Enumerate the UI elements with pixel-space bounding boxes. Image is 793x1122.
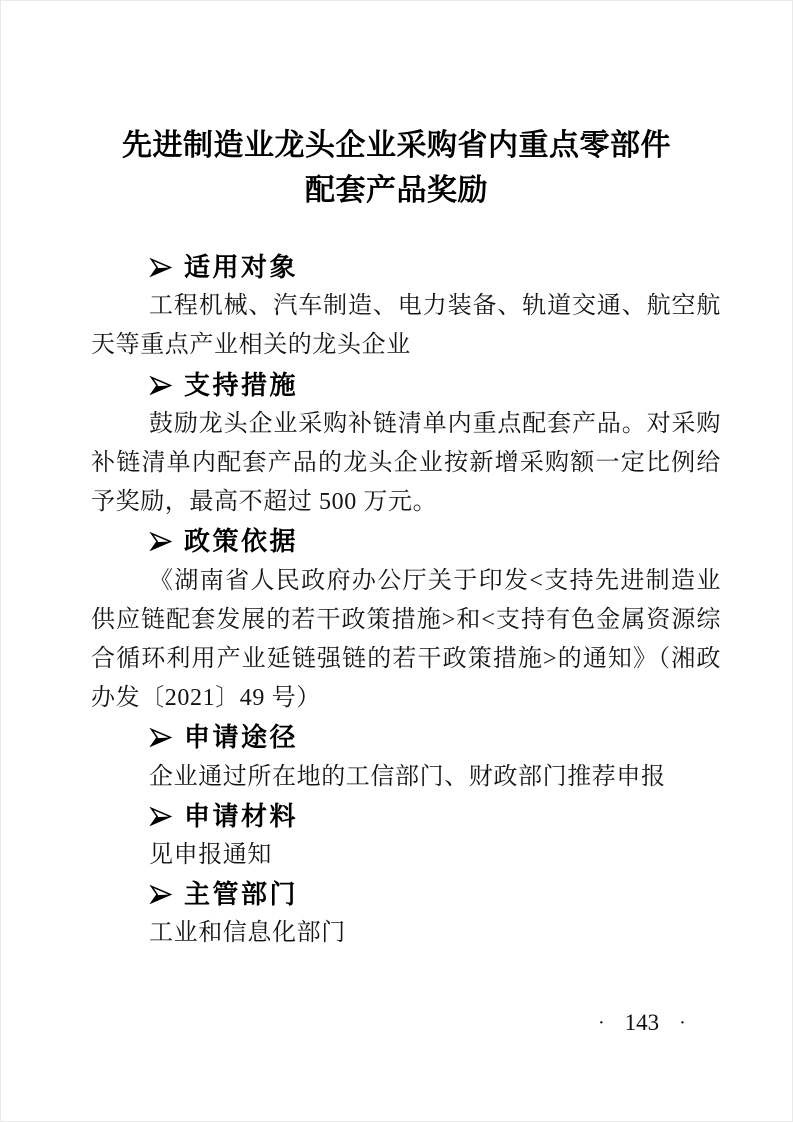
section-responsible-department: 主管部门 工业和信息化部门 [91, 875, 721, 953]
section-heading-label: 适用对象 [184, 252, 298, 282]
section-applicable-targets: 适用对象 工程机械、汽车制造、电力装备、轨道交通、航空航天等重点产业相关的龙头企… [91, 248, 721, 366]
page-number-value: 143 [625, 1010, 660, 1036]
section-body: 见申报通知 [91, 836, 721, 875]
page-title: 先进制造业龙头企业采购省内重点零部件 配套产品奖励 [1, 123, 792, 213]
page-number-left-dot: · [598, 1010, 605, 1036]
arrow-bullet-icon [149, 885, 172, 904]
section-heading-label: 支持措施 [184, 370, 298, 400]
section-paragraph: 企业通过所在地的工信部门、财政部门推荐申报 [91, 758, 721, 797]
section-policy-basis: 政策依据 《湖南省人民政府办公厅关于印发<支持先进制造业供应链配套发展的若干政策… [91, 522, 721, 718]
page-number: · 143 · [598, 1010, 686, 1036]
section-heading: 政策依据 [91, 522, 721, 561]
document-content: 适用对象 工程机械、汽车制造、电力装备、轨道交通、航空航天等重点产业相关的龙头企… [91, 248, 721, 954]
section-heading: 适用对象 [91, 248, 721, 287]
section-application-channel: 申请途径 企业通过所在地的工信部门、财政部门推荐申报 [91, 718, 721, 796]
section-heading-label: 申请途径 [184, 722, 298, 752]
section-heading: 主管部门 [91, 875, 721, 914]
section-heading: 申请材料 [91, 797, 721, 836]
section-body: 企业通过所在地的工信部门、财政部门推荐申报 [91, 758, 721, 797]
section-heading-label: 申请材料 [184, 801, 298, 831]
section-body: 工程机械、汽车制造、电力装备、轨道交通、航空航天等重点产业相关的龙头企业 [91, 287, 721, 365]
section-paragraph: 工程机械、汽车制造、电力装备、轨道交通、航空航天等重点产业相关的龙头企业 [91, 287, 721, 365]
section-heading: 申请途径 [91, 718, 721, 757]
arrow-bullet-icon [149, 376, 172, 395]
section-heading: 支持措施 [91, 366, 721, 405]
section-heading-label: 主管部门 [184, 879, 298, 909]
section-body: 《湖南省人民政府办公厅关于印发<支持先进制造业供应链配套发展的若干政策措施>和<… [91, 562, 721, 719]
page-number-right-dot: · [679, 1010, 686, 1036]
section-paragraph: 见申报通知 [91, 836, 721, 875]
section-body: 工业和信息化部门 [91, 914, 721, 953]
section-support-measures: 支持措施 鼓励龙头企业采购补链清单内重点配套产品。对采购补链清单内配套产品的龙头… [91, 366, 721, 523]
section-paragraph: 鼓励龙头企业采购补链清单内重点配套产品。对采购补链清单内配套产品的龙头企业按新增… [91, 405, 721, 523]
arrow-bullet-icon [149, 532, 172, 551]
section-paragraph: 工业和信息化部门 [91, 914, 721, 953]
arrow-bullet-icon [149, 258, 172, 277]
section-application-materials: 申请材料 见申报通知 [91, 797, 721, 875]
document-page: 先进制造业龙头企业采购省内重点零部件 配套产品奖励 适用对象 工程机械、汽车制造… [0, 0, 793, 1122]
section-heading-label: 政策依据 [184, 526, 298, 556]
arrow-bullet-icon [149, 728, 172, 747]
page-title-line-1: 先进制造业龙头企业采购省内重点零部件 [1, 123, 792, 168]
section-paragraph: 《湖南省人民政府办公厅关于印发<支持先进制造业供应链配套发展的若干政策措施>和<… [91, 562, 721, 719]
section-body: 鼓励龙头企业采购补链清单内重点配套产品。对采购补链清单内配套产品的龙头企业按新增… [91, 405, 721, 523]
page-title-line-2: 配套产品奖励 [1, 168, 792, 213]
arrow-bullet-icon [149, 807, 172, 826]
